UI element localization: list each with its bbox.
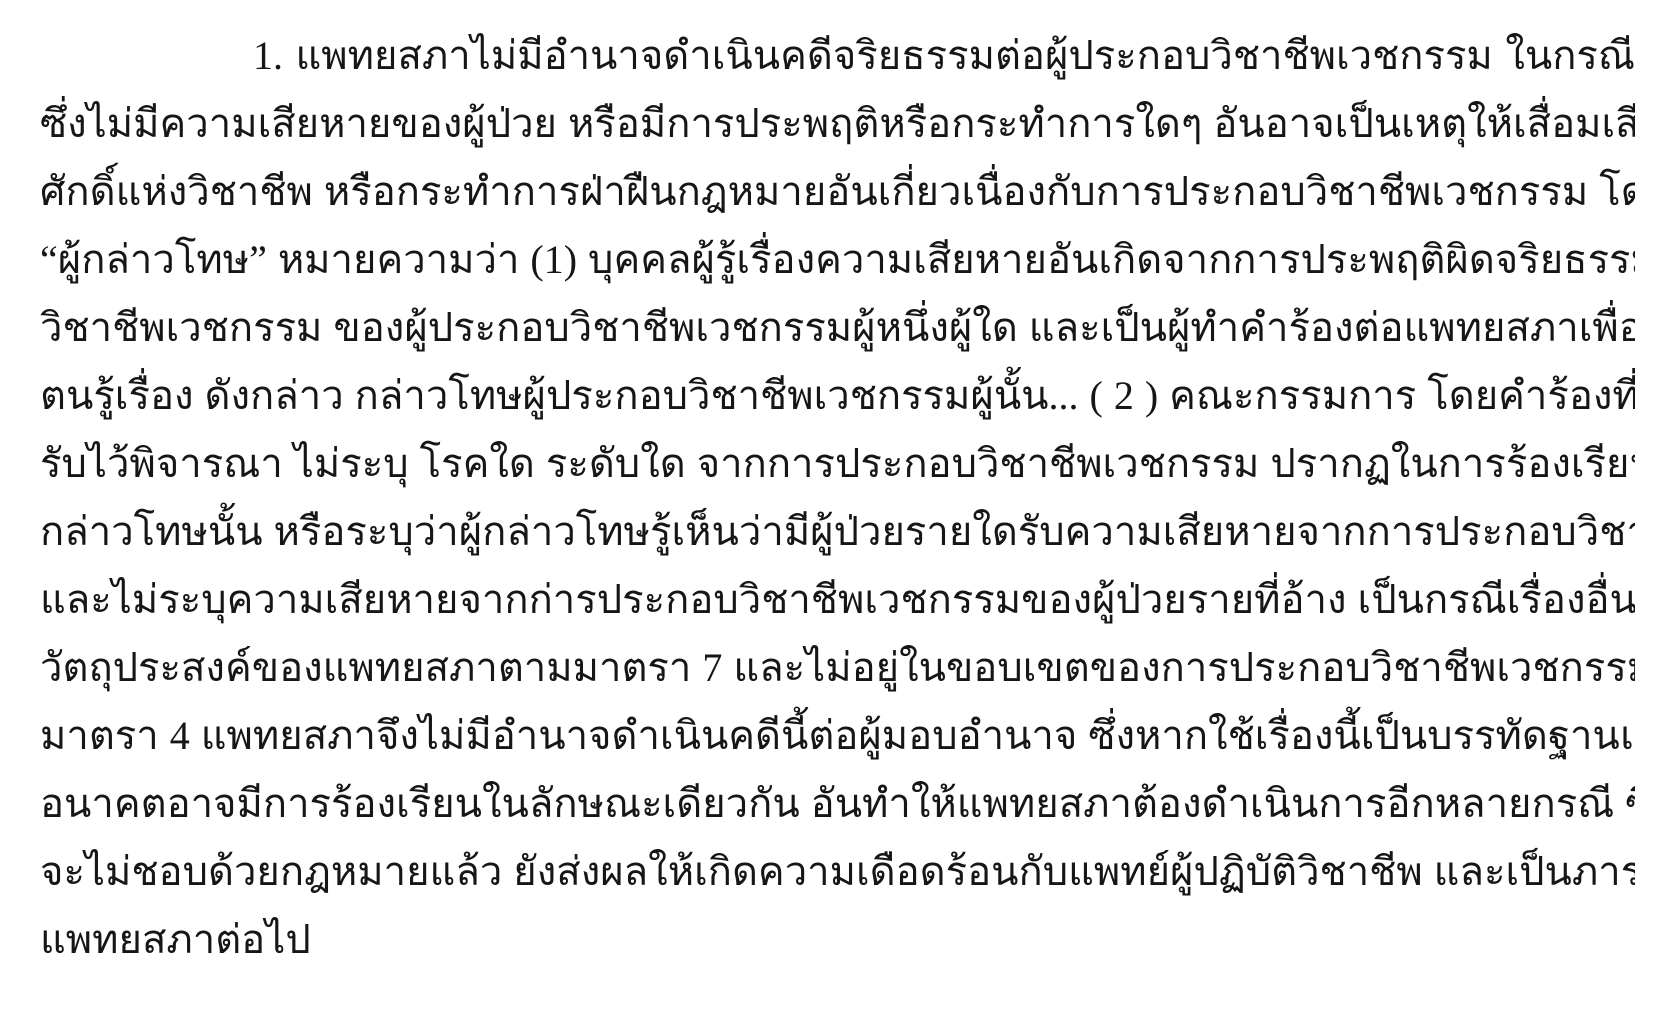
paragraph-line-3: ศักดิ์แห่งวิชาชีพ หรือกระทำการฝ่าฝืนกฎหม… [40,158,1635,226]
paragraph-line-7: รับไว้พิจารณา ไม่ระบุ โรคใด ระดับใด จากก… [40,430,1635,498]
legal-paragraph-1: 1. แพทยสภาไม่มีอำนาจดำเนินคดีจริยธรรมต่อ… [40,22,1635,974]
document-page: 1. แพทยสภาไม่มีอำนาจดำเนินคดีจริยธรรมต่อ… [0,0,1665,1033]
paragraph-line-5: วิชาชีพเวชกรรม ของผู้ประกอบวิชาชีพเวชกรร… [40,294,1635,362]
paragraph-line-14: แพทยสภาต่อไป [40,906,1635,974]
paragraph-line-1: 1. แพทยสภาไม่มีอำนาจดำเนินคดีจริยธรรมต่อ… [40,22,1635,90]
paragraph-line-12: อนาคตอาจมีการร้องเรียนในลักษณะเดียวกัน อ… [40,770,1635,838]
paragraph-line-10: วัตถุประสงค์ของแพทยสภาตามมาตรา 7 และไม่อ… [40,634,1635,702]
paragraph-line-8: กล่าวโทษนั้น หรือระบุว่าผู้กล่าวโทษรู้เห… [40,498,1635,566]
paragraph-line-6: ตนรู้เรื่อง ดังกล่าว กล่าวโทษผู้ประกอบวิ… [40,362,1635,430]
paragraph-line-13: จะไม่ชอบด้วยกฎหมายแล้ว ยังส่งผลให้เกิดคว… [40,838,1635,906]
paragraph-line-9: และไม่ระบุความเสียหายจากก่ารประกอบวิชาชี… [40,566,1635,634]
paragraph-line-2: ซึ่งไม่มีความเสียหายของผู้ป่วย หรือมีการ… [40,90,1635,158]
paragraph-line-11: มาตรา 4 แพทยสภาจึงไม่มีอำนาจดำเนินคดีนี้… [40,702,1635,770]
paragraph-line-4: “ผู้กล่าวโทษ” หมายความว่า (1) บุคคลผู้รู… [40,226,1635,294]
